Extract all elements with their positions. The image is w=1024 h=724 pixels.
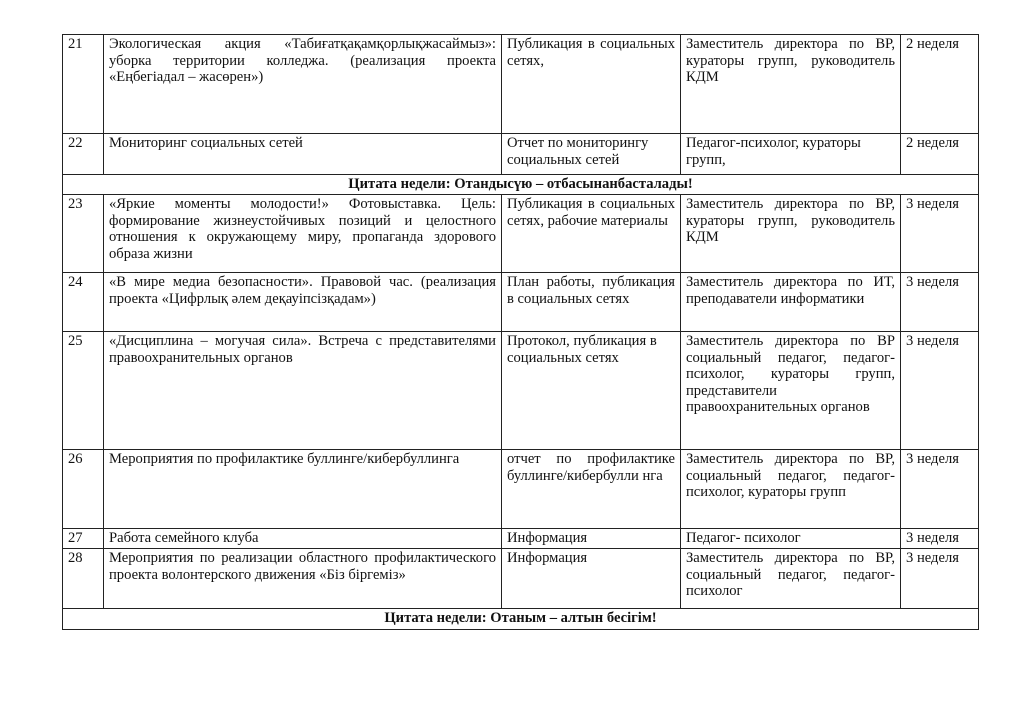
- form-cell: Отчет по мониторингу социальных сетей: [502, 134, 681, 175]
- row-number: 28: [63, 549, 104, 609]
- form-cell: Информация: [502, 549, 681, 609]
- form-cell: Протокол, публикация в социальных сетях: [502, 332, 681, 450]
- table-row: 24 «В мире медиа безопасности». Правовой…: [63, 273, 979, 332]
- row-number: 23: [63, 195, 104, 273]
- form-cell: Публикация в социальных сетях,: [502, 35, 681, 134]
- event-cell: «Дисциплина – могучая сила». Встреча с п…: [104, 332, 502, 450]
- event-cell: «Яркие моменты молодости!» Фотовыставка.…: [104, 195, 502, 273]
- form-cell: Публикация в социальных сетях, рабочие м…: [502, 195, 681, 273]
- event-plan-table: 21 Экологическая акция «Табиғатқақамқорл…: [62, 34, 979, 630]
- form-cell: отчет по профилактике буллинге/кибербулл…: [502, 450, 681, 529]
- deadline-cell: 3 неделя: [901, 549, 979, 609]
- row-number: 21: [63, 35, 104, 134]
- event-cell: Мероприятия по реализации областного про…: [104, 549, 502, 609]
- deadline-cell: 3 неделя: [901, 195, 979, 273]
- responsible-cell: Педагог- психолог: [681, 529, 901, 549]
- quote-of-week: Цитата недели: Отаным – алтын бесігім!: [63, 609, 979, 630]
- table-row: 21 Экологическая акция «Табиғатқақамқорл…: [63, 35, 979, 134]
- quote-of-week: Цитата недели: Отандысүю – отбасынанбаст…: [63, 175, 979, 195]
- responsible-cell: Заместитель директора по ВР, социальный …: [681, 450, 901, 529]
- table-row: 23 «Яркие моменты молодости!» Фотовыстав…: [63, 195, 979, 273]
- quote-row: Цитата недели: Отаным – алтын бесігім!: [63, 609, 979, 630]
- deadline-cell: 3 неделя: [901, 529, 979, 549]
- responsible-cell: Заместитель директора по ИТ, преподавате…: [681, 273, 901, 332]
- table-row: 26 Мероприятия по профилактике буллинге/…: [63, 450, 979, 529]
- row-number: 22: [63, 134, 104, 175]
- deadline-cell: 2 неделя: [901, 35, 979, 134]
- event-cell: Работа семейного клуба: [104, 529, 502, 549]
- deadline-cell: 2 неделя: [901, 134, 979, 175]
- event-cell: Экологическая акция «Табиғатқақамқорлықж…: [104, 35, 502, 134]
- responsible-cell: Заместитель директора по ВР социальный п…: [681, 332, 901, 450]
- quote-row: Цитата недели: Отандысүю – отбасынанбаст…: [63, 175, 979, 195]
- event-cell: «В мире медиа безопасности». Правовой ча…: [104, 273, 502, 332]
- event-cell: Мероприятия по профилактике буллинге/киб…: [104, 450, 502, 529]
- deadline-cell: 3 неделя: [901, 450, 979, 529]
- form-cell: Информация: [502, 529, 681, 549]
- form-cell: План работы, публикация в социальных сет…: [502, 273, 681, 332]
- responsible-cell: Заместитель директора по ВР, кураторы гр…: [681, 35, 901, 134]
- table-row: 28 Мероприятия по реализации областного …: [63, 549, 979, 609]
- row-number: 27: [63, 529, 104, 549]
- deadline-cell: 3 неделя: [901, 273, 979, 332]
- responsible-cell: Педагог-психолог, кураторы групп,: [681, 134, 901, 175]
- table-row: 25 «Дисциплина – могучая сила». Встреча …: [63, 332, 979, 450]
- deadline-cell: 3 неделя: [901, 332, 979, 450]
- row-number: 24: [63, 273, 104, 332]
- table-row: 27 Работа семейного клуба Информация Пед…: [63, 529, 979, 549]
- responsible-cell: Заместитель директора по ВР, социальный …: [681, 549, 901, 609]
- responsible-cell: Заместитель директора по ВР, кураторы гр…: [681, 195, 901, 273]
- row-number: 26: [63, 450, 104, 529]
- event-cell: Мониторинг социальных сетей: [104, 134, 502, 175]
- table-row: 22 Мониторинг социальных сетей Отчет по …: [63, 134, 979, 175]
- row-number: 25: [63, 332, 104, 450]
